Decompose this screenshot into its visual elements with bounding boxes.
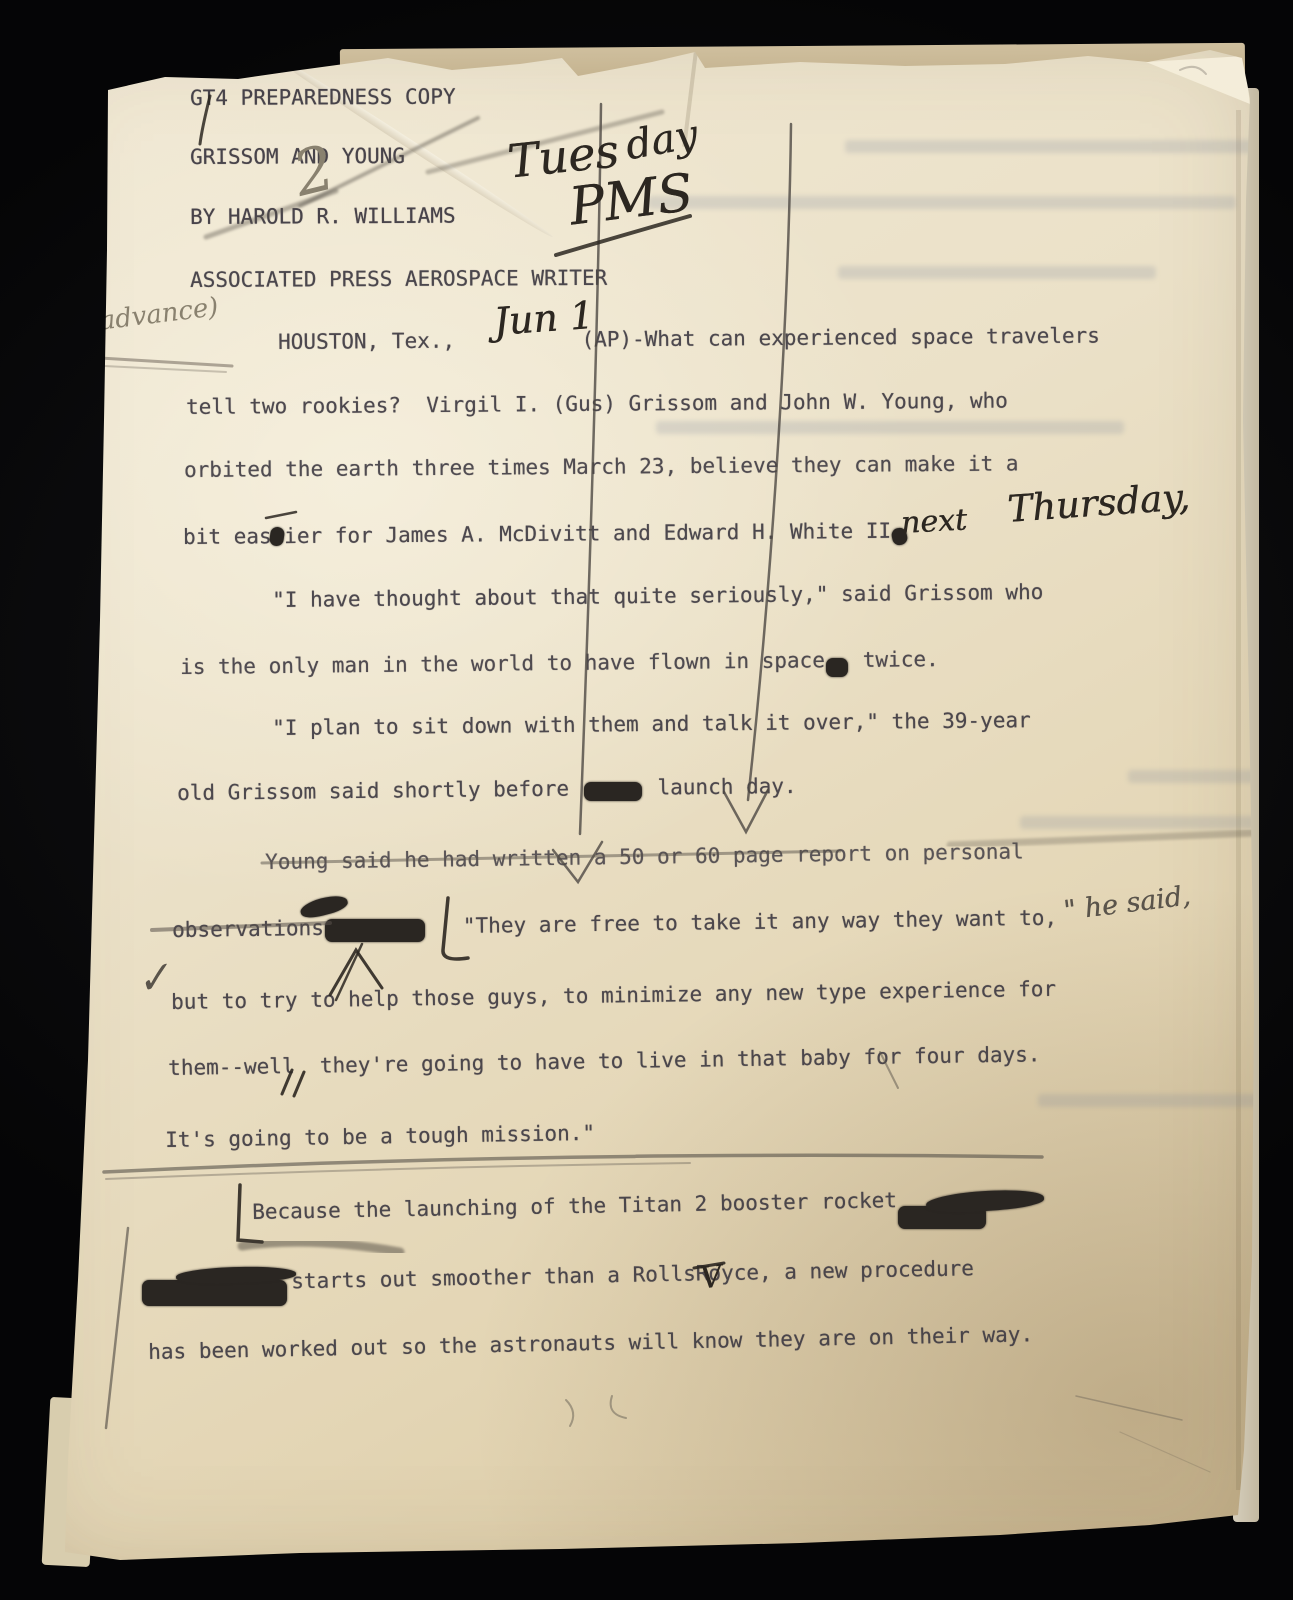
overstrike-dash xyxy=(266,512,296,518)
typewritten-page: GT4 PREPAREDNESS COPYGRISSOM AND YOUNGBY… xyxy=(0,0,1293,1600)
handwritten-note-thursday: Thursday, xyxy=(1006,475,1191,531)
margin-pencil-line xyxy=(106,1228,128,1428)
blacked-out-word xyxy=(584,782,642,801)
typed-line: is the only man in the world to have flo… xyxy=(180,647,939,679)
blacked-out-word xyxy=(925,1187,1044,1215)
typed-line: orbited the earth three times March 23, … xyxy=(184,451,1019,482)
bleed-through-line xyxy=(648,196,1236,209)
typed-line: them--well they're going to have to live… xyxy=(168,1042,1041,1080)
pencil-squiggle xyxy=(566,1400,573,1426)
long-pencil-rule xyxy=(104,1155,1042,1172)
handwritten-note-check: ✓ xyxy=(132,953,174,1005)
bleed-through-line xyxy=(845,140,1277,153)
typed-line: tell two rookies? Virgil I. (Gus) Grisso… xyxy=(186,389,1008,419)
blacked-out-word xyxy=(325,919,425,942)
handwritten-note-day: day xyxy=(622,111,701,169)
typed-line: bit eas ier for James A. McDivitt and Ed… xyxy=(183,519,891,549)
bleed-through-line xyxy=(838,266,1156,279)
handwritten-note-vmark: V xyxy=(698,1259,724,1297)
long-pencil-rule xyxy=(106,1163,690,1179)
handwritten-note-hesaid: " he said, xyxy=(1062,880,1192,926)
typed-line: It's going to be a tough mission." xyxy=(165,1121,595,1152)
typed-line: Because the launching of the Titan 2 boo… xyxy=(252,1188,897,1224)
handwritten-note-jun1: Jun 1 xyxy=(492,293,595,344)
bleed-through-line xyxy=(1038,1094,1270,1107)
dark-smear xyxy=(242,1242,400,1252)
bleed-through-line xyxy=(1020,816,1272,829)
paper-crease xyxy=(1236,110,1241,1490)
typed-line: but to try to help those guys, to minimi… xyxy=(171,977,1056,1014)
advance-underline xyxy=(100,358,232,366)
advance-underline xyxy=(104,366,226,372)
handwritten-note-two: 2 xyxy=(286,130,342,210)
typed-line: Young said he had written a 50 or 60 pag… xyxy=(265,839,1024,874)
blacked-out-word xyxy=(142,1280,287,1306)
typed-line: "I plan to sit down with them and talk i… xyxy=(272,708,1031,740)
scratch-mark xyxy=(1120,1432,1210,1472)
typed-line: has been worked out so the astronauts wi… xyxy=(148,1322,1033,1364)
photograph-of-document: GT4 PREPAREDNESS COPYGRISSOM AND YOUNGBY… xyxy=(0,0,1293,1600)
typed-line: GT4 PREPAREDNESS COPY xyxy=(190,85,456,110)
typed-line: ASSOCIATED PRESS AEROSPACE WRITER xyxy=(190,266,607,292)
bleed-through-line xyxy=(1128,770,1293,783)
blacked-out-word xyxy=(826,658,848,677)
typed-line: HOUSTON, Tex., (AP)-What can experienced… xyxy=(278,324,1100,354)
bleed-through-line xyxy=(656,421,1124,434)
typed-line: old Grissom said shortly before launch d… xyxy=(177,774,797,805)
typed-line: "I have thought about that quite serious… xyxy=(272,580,1043,612)
pencil-squiggle xyxy=(611,1396,626,1418)
scratch-mark xyxy=(1076,1396,1182,1420)
handwritten-note-advance: (advance) xyxy=(88,292,220,338)
handwritten-note-next: next xyxy=(900,503,968,541)
typed-line: BY HAROLD R. WILLIAMS xyxy=(190,204,456,229)
advance-bracket xyxy=(93,316,96,372)
